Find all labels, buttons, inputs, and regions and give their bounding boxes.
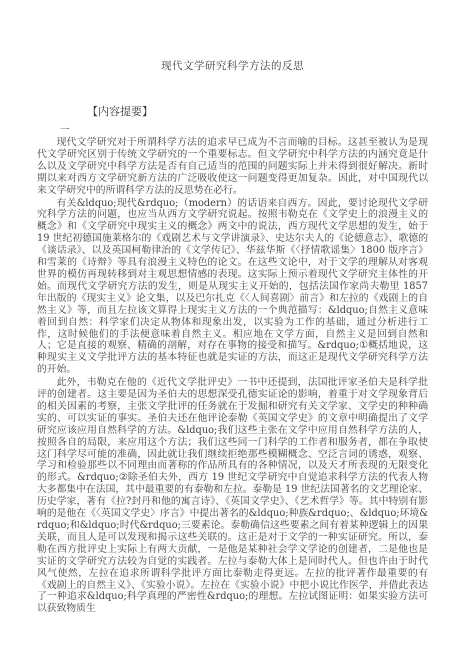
- paragraph-western-origins: 有关&ldquo;现代&rdquo;（modern）的话语来自西方。因此，要讨论…: [37, 198, 428, 377]
- document-page: 现代文学研究科学方法的反思 【内容提要】 一 现代文学研究对于所谓科学方法的追求…: [0, 0, 465, 658]
- page-title: 现代文学研究科学方法的反思: [0, 0, 465, 73]
- abstract-label: 【内容提要】: [87, 103, 428, 119]
- paragraph-sainte-beuve-taine-zola: 此外，韦勒克在他的《近代文学批评史》一书中还提到，法国批评家圣伯夫是科学批评的创…: [37, 377, 428, 615]
- section-number: 一: [60, 122, 428, 136]
- document-body: 【内容提要】 一 现代文学研究对于所谓科学方法的追求早已成为不言而喻的目标。这甚…: [0, 103, 465, 615]
- paragraph-intro: 现代文学研究对于所谓科学方法的追求早已成为不言而喻的目标。这甚至被认为是现代文学…: [37, 137, 428, 197]
